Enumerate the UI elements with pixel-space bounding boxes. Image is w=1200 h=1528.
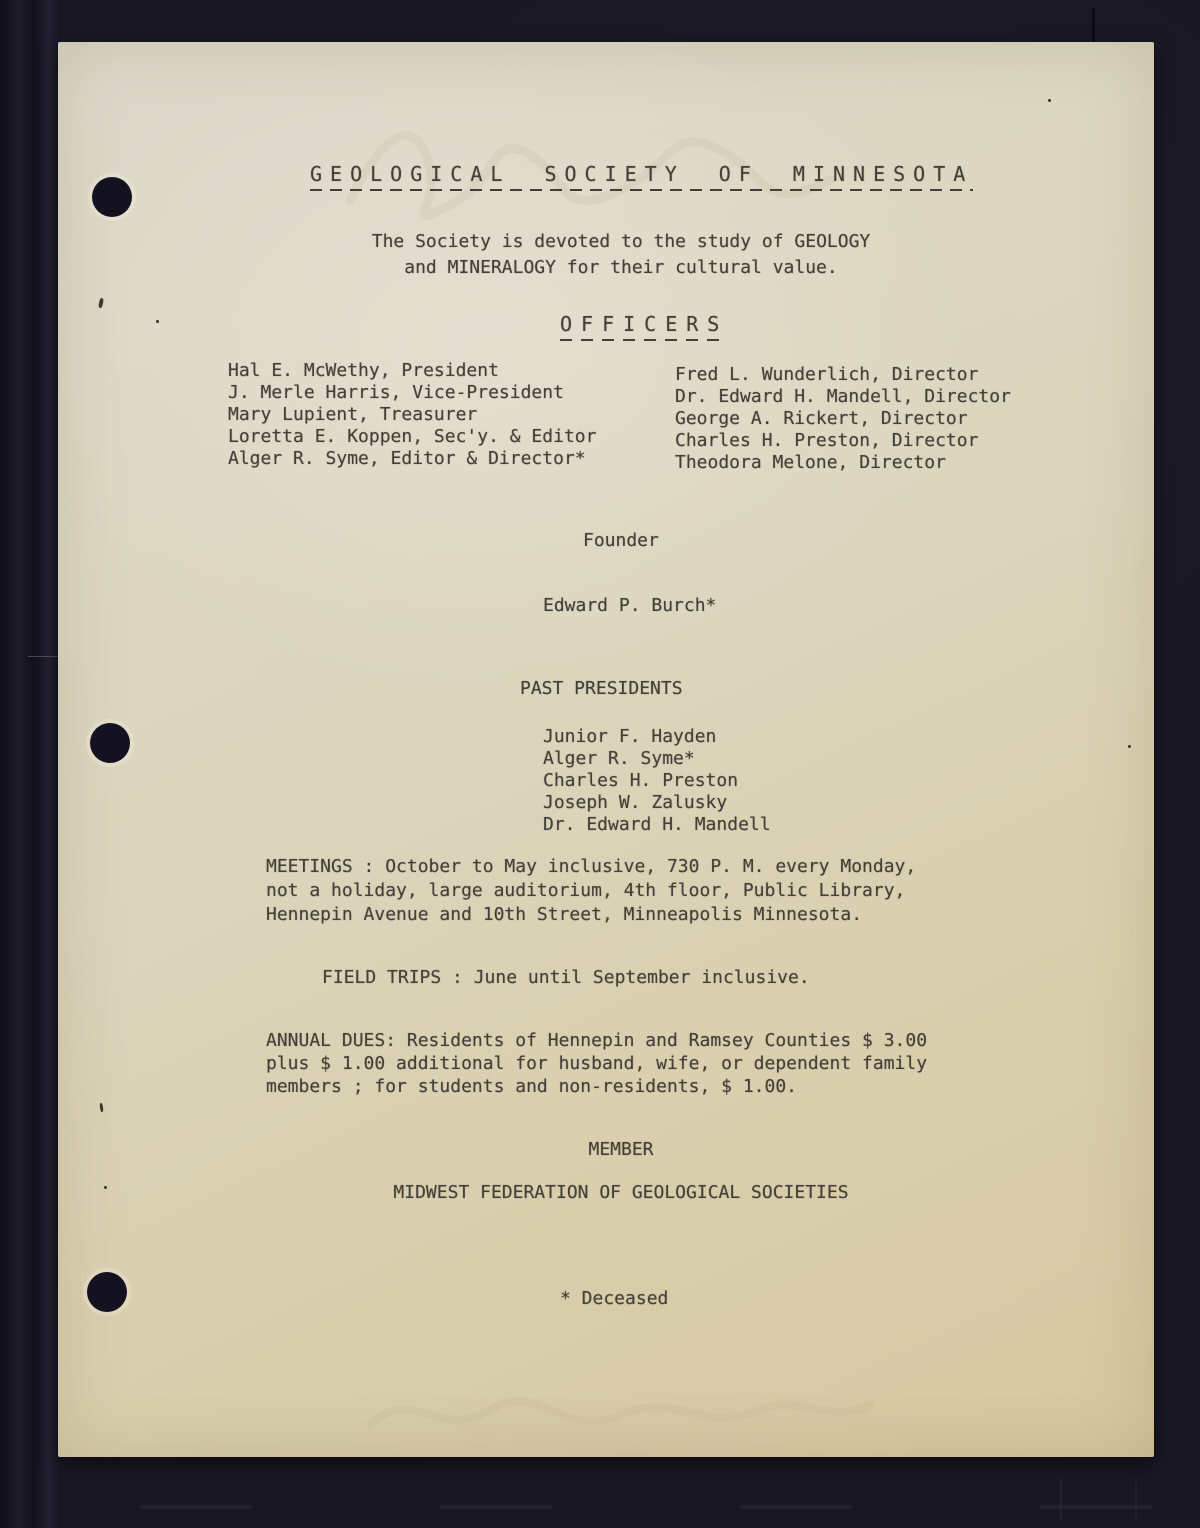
past-president-entry: Charles H. Preston: [543, 770, 738, 792]
officer-entry: Dr. Edward H. Mandell, Director: [675, 386, 1011, 408]
ghost-handwriting: [360, 1385, 880, 1445]
scanned-page-stage: GEOLOGICAL SOCIETY OF MINNESOTA The Soci…: [0, 0, 1200, 1528]
member-organization: MIDWEST FEDERATION OF GEOLOGICAL SOCIETI…: [321, 1182, 921, 1204]
meetings-line: Hennepin Avenue and 10th Street, Minneap…: [266, 903, 862, 927]
past-president-entry: Junior F. Hayden: [543, 726, 716, 748]
officer-entry: Fred L. Wunderlich, Director: [675, 364, 978, 386]
film-edge-mark: [740, 1505, 852, 1509]
document-title: GEOLOGICAL SOCIETY OF MINNESOTA: [310, 163, 973, 191]
paper-speck: [104, 1186, 107, 1189]
paper-speck: [1128, 745, 1131, 748]
tagline-line-1: The Society is devoted to the study of G…: [300, 229, 942, 255]
founder-heading: Founder: [583, 530, 659, 552]
officer-entry: J. Merle Harris, Vice-President: [228, 382, 564, 404]
film-edge-mark: [440, 1505, 552, 1509]
annual-dues-line: members ; for students and non-residents…: [266, 1075, 797, 1098]
past-president-entry: Dr. Edward H. Mandell: [543, 814, 771, 836]
film-edge-mark: [1060, 1478, 1062, 1520]
binder-spine-shadow: [0, 0, 62, 1528]
punch-hole-bottom: [87, 1272, 127, 1312]
founder-name: Edward P. Burch*: [543, 595, 716, 617]
past-president-entry: Joseph W. Zalusky: [543, 792, 727, 814]
punch-hole-top: [92, 177, 132, 217]
field-trips-line: FIELD TRIPS : June until September inclu…: [322, 967, 810, 989]
film-edge-mark: [140, 1505, 252, 1509]
officer-entry: Alger R. Syme, Editor & Director*: [228, 448, 586, 470]
punch-hole-middle: [90, 723, 130, 763]
paper-speck: [156, 320, 159, 323]
past-president-entry: Alger R. Syme*: [543, 748, 695, 770]
meetings-line: MEETINGS : October to May inclusive, 730…: [266, 855, 916, 879]
officer-entry: George A. Rickert, Director: [675, 408, 968, 430]
officer-entry: Charles H. Preston, Director: [675, 430, 978, 452]
annual-dues-line: plus $ 1.00 additional for husband, wife…: [266, 1052, 927, 1075]
annual-dues-line: ANNUAL DUES: Residents of Hennepin and R…: [266, 1029, 927, 1052]
meetings-line: not a holiday, large auditorium, 4th flo…: [266, 879, 905, 903]
paper-speck: [1048, 99, 1051, 102]
film-edge-mark: [1135, 1478, 1137, 1520]
officer-entry: Loretta E. Koppen, Sec'y. & Editor: [228, 426, 596, 448]
past-presidents-heading: PAST PRESIDENTS: [520, 678, 683, 700]
member-heading: MEMBER: [321, 1139, 921, 1161]
officer-entry: Mary Lupient, Treasurer: [228, 404, 477, 426]
film-notch: [1092, 8, 1095, 44]
officer-entry: Hal E. McWethy, President: [228, 360, 499, 382]
tagline-line-2: and MINERALOGY for their cultural value.: [300, 255, 942, 281]
officers-heading: OFFICERS: [560, 313, 728, 341]
deceased-footnote: * Deceased: [560, 1288, 668, 1310]
scan-scratch: [28, 656, 60, 657]
officer-entry: Theodora Melone, Director: [675, 452, 946, 474]
